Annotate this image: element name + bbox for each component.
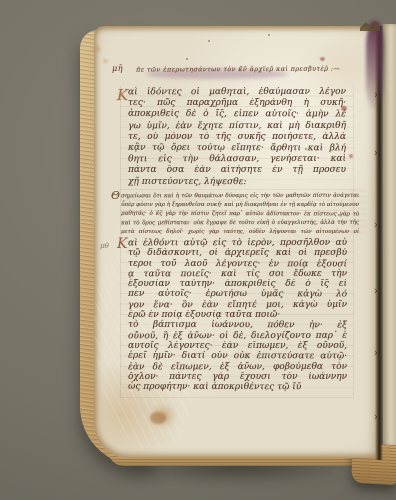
manuscript-photo: › › › › › › μη̄ π̄ε τῶν ἐπερωτησάντων τὸ…: [0, 0, 396, 500]
text-line: κᾂν τῷ ὄρει τούτῳ εἴπητε· ἄρθητι καὶ βλή: [128, 143, 346, 155]
text-line: πεν αὐτοῖς· ἐρωτήσω ὑμᾶς κἀγὼ λό: [128, 289, 347, 300]
scholion-line: ὑπὲρ φύσιν γὰρ ἡ ξηρανθεῖσα συκῆ· καὶ μὴ…: [121, 201, 359, 210]
text-line: τε, οὐ μόνον τὸ τῆς συκῆς ποιήσετε, ἀλλὰ: [128, 132, 346, 143]
text-block-1: αὶ ἰδόντες οἱ μαθηταὶ, ἐθαύμασαν λέγον τ…: [128, 87, 346, 188]
rubric-initial-kappa-1: Κ: [117, 86, 128, 104]
ink-speck: [268, 34, 270, 36]
text-line: αὶ ἐλθόντι αὐτῷ εἰς τὸ ἱερὸν, προσῆλθον …: [128, 238, 347, 249]
text-line: πάντα ὅσα ἐὰν αἰτήσητε ἐν τῇ προσευ: [128, 165, 346, 176]
text-line: θητι εἰς τὴν θάλασσαν, γενήσεται· καὶ: [128, 154, 346, 166]
text-line: ὡς προφήτην· καὶ ἀποκριθέντες τῷ ῑῡ: [128, 382, 347, 393]
text-line: αὶ ἰδόντες οἱ μαθηταὶ, ἐθαύμασαν λέγον: [128, 87, 346, 99]
bottom-left-stain-core: [150, 412, 166, 424]
scholion-line: μαθητάς· ὁ κ̄ς̄ γὰρ τὴν πίστιν ζητεῖ παρ…: [121, 209, 359, 219]
text-block-2: αὶ ἐλθόντι αὐτῷ εἰς τὸ ἱερὸν, προσῆλθον …: [128, 238, 347, 392]
scholion-initial-theta: Θ: [111, 189, 120, 202]
sewing-station-icon: ›: [374, 91, 378, 103]
text-line: τῷ διδάσκοντι, οἱ ἀρχιερεῖς καὶ οἱ πρεσβ…: [128, 248, 347, 258]
text-line: ὄχλον· πάντες γὰρ ἔχουσι τὸν ἰωάννην: [128, 372, 347, 382]
text-line: γον ἕνα· ὃν ἐὰν εἴπητέ μοι, κἀγὼ ὑμῖν: [128, 299, 347, 310]
text-line: ᾳ ταῦτα ποιεῖς· καὶ τίς σοι ἔδωκε τὴν: [128, 269, 347, 280]
running-title-kephalaion: π̄ε τῶν ἐπερωτησάντων τὸν κ̄ν̄ ἀρχϊερ̄ κ…: [136, 64, 350, 73]
sewing-station-icon: ›: [374, 221, 378, 233]
scholion-block: σημείωσαι ὅτι καὶ ἡ τῶν θαυμάτων δύναμις…: [121, 192, 359, 236]
text-line: γω ὑμῖν, ἐὰν ἔχητε πίστιν, καὶ μὴ διακρι…: [128, 120, 346, 132]
text-line: ἀποκριθεὶς δὲ ὁ ῑς̄, εἶπεν αὐτοῖς· ἀμὴν …: [128, 109, 346, 121]
quire-number-mark: μη̄: [112, 64, 123, 73]
scholion-line: καὶ τὸ ὄρος μεθίσταται· οὐκ ἔγραψε δὲ το…: [121, 218, 359, 228]
ink-speck: [186, 58, 188, 60]
text-line: χῇ πιστεύοντες, λήψεσθε:: [128, 176, 346, 188]
top-left-stain: [92, 46, 101, 52]
text-line: ἐὰν δὲ εἴπωμεν, ἐξ ἀν̄ων, φοβούμεθα τὸν: [128, 361, 347, 372]
text-line: ἐρεῖ ἡμῖν· διατί οὖν οὐκ ἐπιστεύσατε αὐτ…: [128, 351, 347, 362]
sewing-station-icon: ›: [374, 349, 378, 361]
red-ink-spot: [349, 154, 353, 158]
rubric-initial-kappa-2: Κ: [117, 236, 127, 252]
text-line: τεροι τοῦ λαοῦ λέγοντες· ἐν ποίᾳ ἐξουσί: [128, 258, 347, 269]
text-line: οὐ̄νοῦ, ἢ ἐξ ἀν̄ων· οἱ δὲ, διελογίζοντο …: [128, 330, 347, 341]
section-number-mark: μθ: [100, 242, 109, 250]
text-line: τὸ βάπτισμα ἰωάννου, πόθεν ἦν· ἐξ: [128, 320, 347, 331]
text-line: αυτοῖς λέγοντες· ἐὰν εἴπωμεν, ἐξ οὐ̄νοῦ,: [128, 341, 347, 351]
red-ink-spot: [320, 57, 325, 61]
sewing-station-icon: ›: [374, 287, 378, 299]
scholion-line: μετὰ πίστεως δηλοῖ· χωρὶς γὰρ ταύτης, οὐ…: [121, 228, 359, 237]
text-line: τες· πῶς παραχρῆμα ἐξηράνθη ἡ συκῆ·: [128, 98, 346, 109]
ink-speck: [208, 40, 210, 42]
sewing-station-icon: ›: [374, 149, 378, 161]
top-left-stain: [103, 59, 108, 63]
next-page-strip: [383, 24, 396, 472]
sewing-station-icon: ›: [374, 413, 378, 425]
scholion-line: σημείωσαι ὅτι καὶ ἡ τῶν θαυμάτων δύναμις…: [121, 192, 359, 202]
